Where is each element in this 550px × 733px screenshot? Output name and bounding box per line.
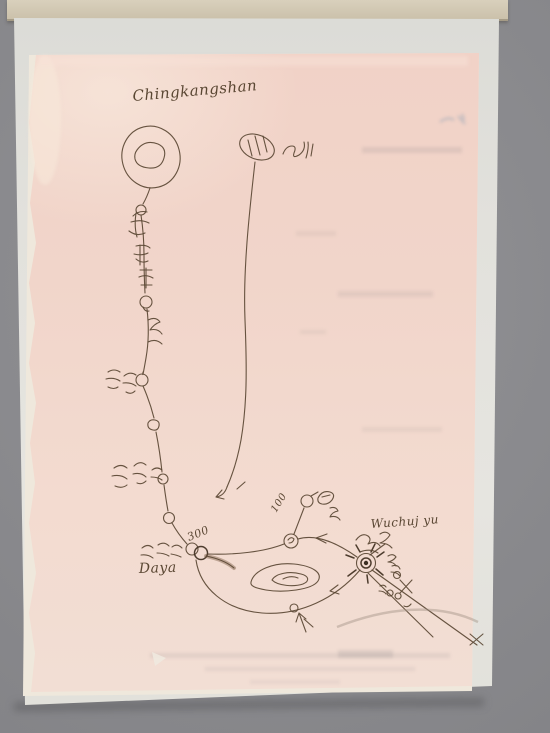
chingkangshan-double-circle xyxy=(115,120,186,194)
label-300: 300 xyxy=(185,523,211,543)
hatched-circle xyxy=(236,129,278,165)
starburst-cluster-notes xyxy=(356,532,392,553)
starburst-node xyxy=(346,544,483,645)
label-daya: Daya xyxy=(138,560,177,577)
label-wuchuj-yu: Wuchuj yu xyxy=(370,512,439,531)
hatched-circle-note-scribble xyxy=(283,142,313,158)
daya-double-node xyxy=(186,543,234,568)
left-route-chinese-column xyxy=(129,212,162,345)
center-route-line xyxy=(216,162,255,499)
ghost-marks xyxy=(29,55,468,684)
label-100: 100 xyxy=(269,491,289,514)
rock-name-pair xyxy=(106,370,136,393)
eye-spiral xyxy=(251,564,319,591)
lower-left-chinese xyxy=(112,463,162,488)
bowl-curve xyxy=(196,560,360,632)
sketch-svg: Chingkangshan xyxy=(0,0,550,733)
label-chingkangshan: Chingkangshan xyxy=(132,76,258,105)
route-chain-left xyxy=(136,188,187,544)
junction-tags xyxy=(318,492,340,520)
daya-chinese xyxy=(141,543,182,558)
